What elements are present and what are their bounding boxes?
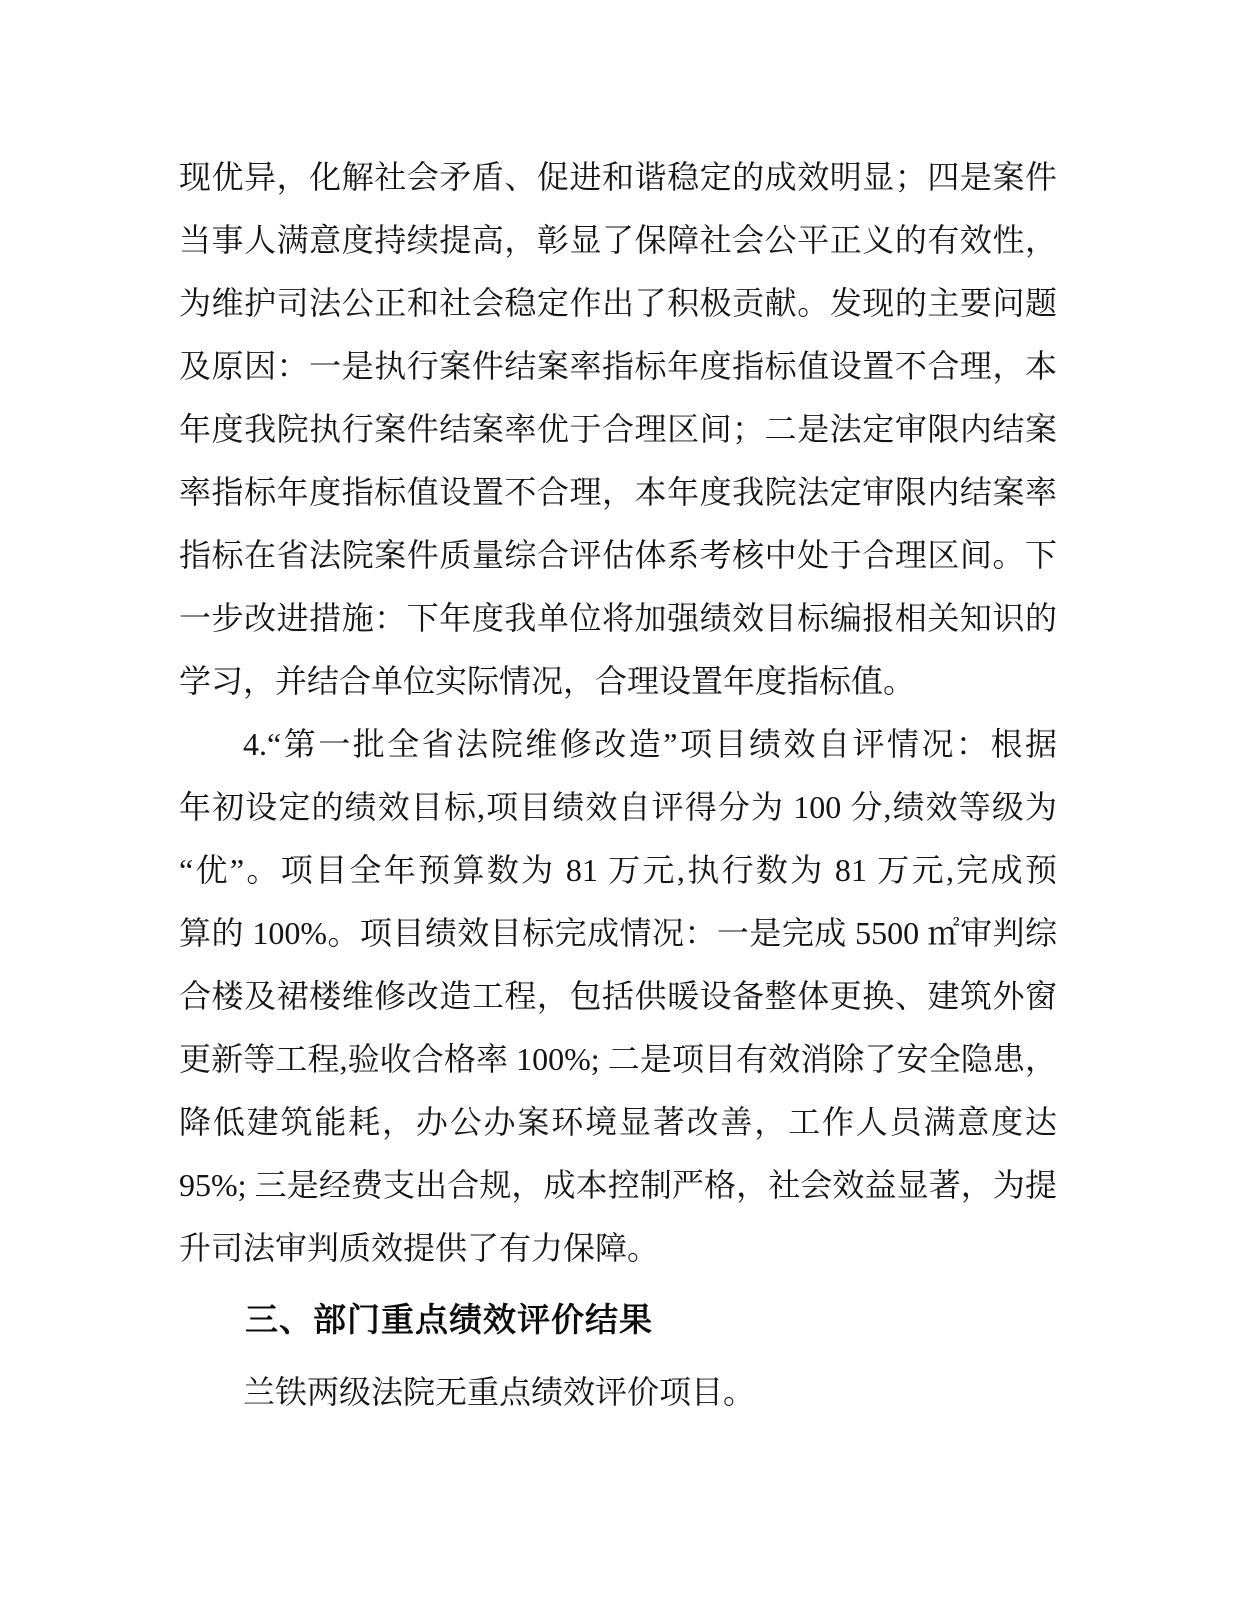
- text-line: 当事人满意度持续提高，彰显了保障社会公平正义的有效性，: [179, 209, 1057, 272]
- section-heading: 三、部门重点绩效评价结果: [179, 1288, 1057, 1351]
- text-line: 升司法审判质效提供了有力保障。: [179, 1217, 1057, 1280]
- text-block: 现优异，化解社会矛盾、促进和谐稳定的成效明显；四是案件 当事人满意度持续提高，彰…: [179, 146, 1057, 1424]
- text-line: 年度我院执行案件结案率优于合理区间；二是法定审限内结案: [179, 398, 1057, 461]
- text-line: 指标在省法院案件质量综合评估体系考核中处于合理区间。下: [179, 524, 1057, 587]
- text-line: 率指标年度指标值设置不合理，本年度我院法定审限内结案率: [179, 461, 1057, 524]
- text-line: 年初设定的绩效目标,项目绩效自评得分为 100 分,绩效等级为: [179, 776, 1057, 839]
- text-line: 95%; 三是经费支出合规，成本控制严格，社会效益显著，为提: [179, 1154, 1057, 1217]
- text-line: 算的 100%。项目绩效目标完成情况：一是完成 5500 ㎡审判综: [179, 902, 1057, 965]
- text-line: 合楼及裙楼维修改造工程，包括供暖设备整体更换、建筑外窗: [179, 965, 1057, 1028]
- text-line: 学习，并结合单位实际情况，合理设置年度指标值。: [179, 650, 1057, 713]
- text-line: 现优异，化解社会矛盾、促进和谐稳定的成效明显；四是案件: [179, 146, 1057, 209]
- closing-line: 兰铁两级法院无重点绩效评价项目。: [179, 1361, 1057, 1424]
- text-line: 更新等工程,验收合格率 100%; 二是项目有效消除了安全隐患，: [179, 1028, 1057, 1091]
- text-line: 为维护司法公正和社会稳定作出了积极贡献。发现的主要问题: [179, 272, 1057, 335]
- text-line: “优”。项目全年预算数为 81 万元,执行数为 81 万元,完成预: [179, 839, 1057, 902]
- text-line: 一步改进措施：下年度我单位将加强绩效目标编报相关知识的: [179, 587, 1057, 650]
- text-line: 及原因：一是执行案件结案率指标年度指标值设置不合理，本: [179, 335, 1057, 398]
- text-line: 降低建筑能耗，办公办案环境显著改善，工作人员满意度达: [179, 1091, 1057, 1154]
- document-page: 现优异，化解社会矛盾、促进和谐稳定的成效明显；四是案件 当事人满意度持续提高，彰…: [0, 0, 1236, 1600]
- text-line: 4.“第一批全省法院维修改造”项目绩效自评情况：根据: [179, 713, 1057, 776]
